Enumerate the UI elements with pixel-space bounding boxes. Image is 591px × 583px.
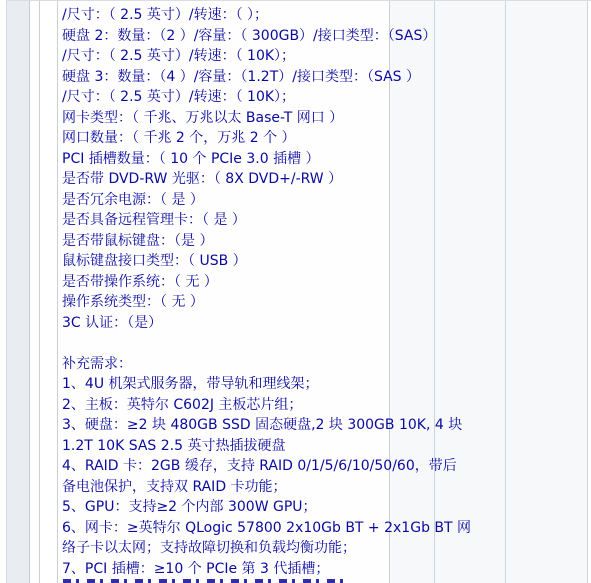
spec-line-text: 补充需求：: [62, 354, 396, 375]
table-cell-empty-1: [390, 0, 435, 583]
spec-text-block: /尺寸：（ 2.5 英寸）/转速：（ ）；硬盘 2：数量：（2 ）/容量：（ 3…: [62, 5, 396, 579]
spec-line-text: 4、RAID 卡：2GB 缓存，支持 RAID 0/1/5/6/10/50/60…: [62, 456, 396, 477]
spec-line-text: 是否带鼠标键盘：（是 ）: [62, 231, 396, 252]
table-column-narrow-2: [40, 0, 58, 583]
spec-line-text: /尺寸：（ 2.5 英寸）/转速：（ ）；: [62, 5, 396, 26]
cutoff-next-text-line: [63, 579, 347, 583]
spec-line-text: PCI 插槽数量：（ 10 个 PCIe 3.0 插槽 ）: [62, 149, 396, 170]
table-column-shaded: [6, 0, 30, 583]
spec-line-text: 是否冗余电源：（ 是 ）: [62, 190, 396, 211]
spec-line-text: 操作系统类型：（ 无 ）: [62, 292, 396, 313]
spec-line-text: 6、网卡：≥英特尔 QLogic 57800 2x10Gb BT + 2x1Gb…: [62, 518, 396, 539]
spec-line-text: 网卡类型：（ 千兆、万兆以太 Base-T 网口 ）: [62, 108, 396, 129]
spec-line-text: 2、主板：英特尔 C602J 主板芯片组；: [62, 395, 396, 416]
spec-line-text: 是否带操作系统：（ 无 ）: [62, 272, 396, 293]
spec-line-text: /尺寸：（ 2.5 英寸）/转速：（ 10K）；: [62, 46, 396, 67]
spec-line-text: 络子卡以太网；支持故障切换和负载均衡功能；: [62, 538, 396, 559]
spec-line-text: 5、GPU：支持≥2 个内部 300W GPU；: [62, 497, 396, 518]
spec-line-text: 硬盘 3：数量：（4 ）/容量：（1.2T）/接口类型：（SAS ）: [62, 67, 396, 88]
table-cell-empty-2: [435, 0, 506, 583]
spec-line-text: 1、4U 机架式服务器，带导轨和理线架；: [62, 374, 396, 395]
spec-line-text: 1.2T 10K SAS 2.5 英寸热插拔硬盘: [62, 436, 396, 457]
table-cell-empty-3: [506, 0, 588, 583]
spec-line-text: /尺寸：（ 2.5 英寸）/转速：（ 10K）；: [62, 87, 396, 108]
row-top-border: [6, 0, 591, 1]
spec-line-text: 硬盘 2：数量：（2 ）/容量：（ 300GB）/接口类型：（SAS）: [62, 26, 396, 47]
spec-line-text: 鼠标键盘接口类型：（ USB ）: [62, 251, 396, 272]
spec-line-text: 备电池保护，支持双 RAID 卡功能；: [62, 477, 396, 498]
spec-line-text: 7、PCI 插槽：≥10 个 PCIe 第 3 代插槽；: [62, 559, 396, 580]
spec-line-text: 是否带 DVD-RW 光驱：（ 8X DVD+/-RW ）: [62, 169, 396, 190]
spec-line-text: 是否具备远程管理卡：（ 是 ）: [62, 210, 396, 231]
spec-line-text: 网口数量：（ 千兆 2 个，万兆 2 个 ）: [62, 128, 396, 149]
document-page: /尺寸：（ 2.5 英寸）/转速：（ ）；硬盘 2：数量：（2 ）/容量：（ 3…: [0, 0, 591, 583]
spec-line-text: 3、硬盘：≥2 块 480GB SSD 固态硬盘,2 块 300GB 10K, …: [62, 415, 396, 436]
spec-line-text: 3C 认证：（是）: [62, 313, 396, 334]
table-column-narrow-1: [30, 0, 40, 583]
spec-line-text: [62, 333, 396, 354]
